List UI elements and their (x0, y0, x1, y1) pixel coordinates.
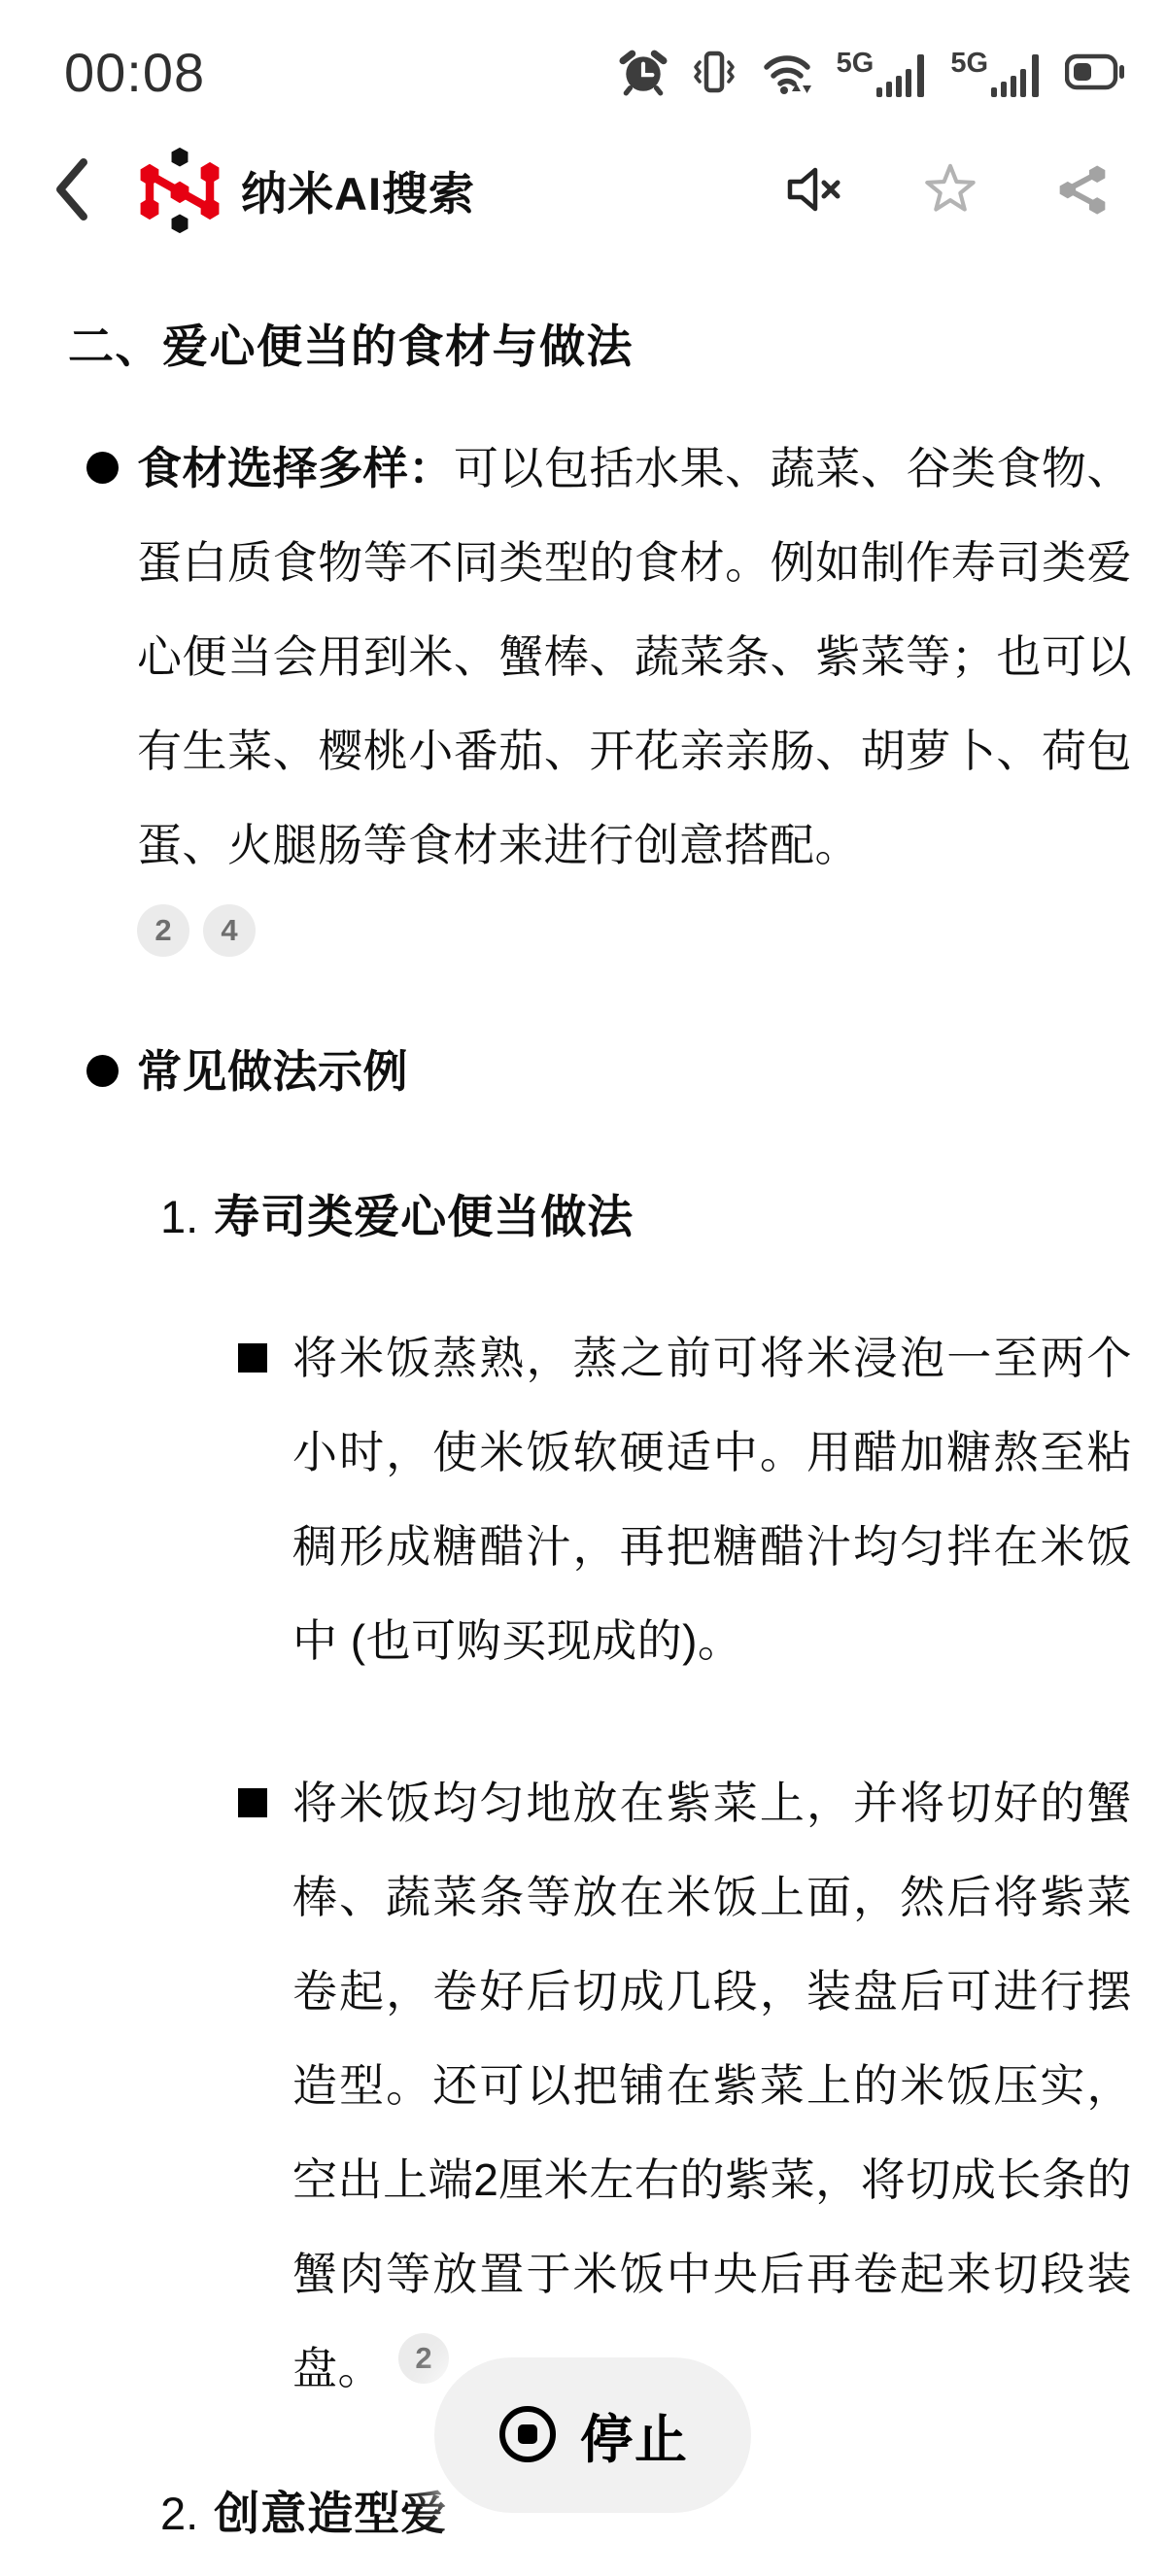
item-label: 寿司类爱心便当做法 (214, 1191, 634, 1242)
ingredient-bullet: 食材选择多样：可以包括水果、蔬菜、谷类食物、蛋白质食物等不同类型的食材。例如制作… (68, 422, 1132, 893)
share-button[interactable] (1055, 162, 1110, 220)
step-body: 将米饭均匀地放在紫菜上，并将切好的蟹棒、蔬菜条等放在米饭上面，然后将紫菜卷起，卷… (292, 1778, 1132, 2393)
citation-badge[interactable]: 2 (137, 904, 189, 957)
ingredient-text: 食材选择多样：可以包括水果、蔬菜、谷类食物、蛋白质食物等不同类型的食材。例如制作… (137, 422, 1132, 893)
item-number: 2. (160, 2488, 198, 2539)
methods-label: 常见做法示例 (137, 1025, 1132, 1119)
back-icon (51, 154, 93, 227)
back-button[interactable] (51, 152, 113, 229)
bullet-dot-icon (86, 452, 119, 484)
alarm-icon (619, 48, 668, 96)
sushi-step-2: 将米饭均匀地放在紫菜上，并将切好的蟹棒、蔬菜条等放在米饭上面，然后将紫菜卷起，卷… (68, 1756, 1132, 2416)
share-icon (1055, 162, 1110, 220)
signal-5g-label: 5G (837, 50, 874, 78)
stop-button-label: 停止 (580, 2398, 689, 2473)
status-bar: 00:08 (0, 0, 1166, 126)
sushi-step-1: 将米饭蒸熟，蒸之前可将米浸泡一至两个小时，使米饭软硬适中。用醋加糖熬至粘稠形成糖… (68, 1311, 1132, 1688)
clock-time: 00:08 (64, 41, 205, 104)
status-icons: 5G 5G (619, 47, 1125, 97)
item-number: 1. (160, 1191, 198, 1242)
star-icon (921, 161, 979, 220)
method-item-1: 1.寿司类爱心便当做法 (68, 1187, 1132, 1247)
square-bullet-icon (238, 1788, 267, 1817)
square-bullet-icon (238, 1343, 267, 1373)
step-text: 将米饭蒸熟，蒸之前可将米浸泡一至两个小时，使米饭软硬适中。用醋加糖熬至粘稠形成糖… (292, 1311, 1132, 1688)
methods-bullet: 常见做法示例 (68, 1025, 1132, 1119)
item-label: 创意造型爱 (214, 2488, 447, 2539)
stop-icon (497, 2403, 559, 2468)
page-title: 纳米AI搜索 (241, 158, 475, 223)
app-header: 纳米AI搜索 (0, 126, 1166, 254)
signal-5g-label: 5G (950, 50, 988, 78)
muted-speaker-icon (785, 163, 845, 219)
step-text: 将米饭均匀地放在紫菜上，并将切好的蟹棒、蔬菜条等放在米饭上面，然后将紫菜卷起，卷… (292, 1756, 1132, 2416)
battery-icon (1065, 53, 1125, 90)
ingredient-body: 可以包括水果、蔬菜、谷类食物、蛋白质食物等不同类型的食材。例如制作寿司类爱心便当… (137, 443, 1132, 870)
section-heading: 二、爱心便当的食材与做法 (68, 317, 1132, 377)
ingredient-label: 食材选择多样： (137, 443, 454, 493)
wifi-icon (761, 48, 813, 96)
citation-badge[interactable]: 2 (398, 2333, 449, 2384)
citation-badge[interactable]: 4 (203, 904, 256, 957)
nano-logo-icon (134, 145, 225, 236)
mute-button[interactable] (785, 163, 845, 219)
signal-5g-icon-secondary: 5G (950, 47, 1042, 97)
answer-content: 二、爱心便当的食材与做法 食材选择多样：可以包括水果、蔬菜、谷类食物、蛋白质食物… (0, 317, 1166, 2544)
favorite-button[interactable] (921, 161, 979, 220)
bullet-dot-icon (86, 1055, 119, 1087)
signal-5g-icon-primary: 5G (837, 47, 928, 97)
citation-row: 2 4 (137, 904, 1132, 957)
stop-button[interactable]: 停止 (434, 2357, 751, 2513)
vibrate-icon (691, 48, 737, 96)
